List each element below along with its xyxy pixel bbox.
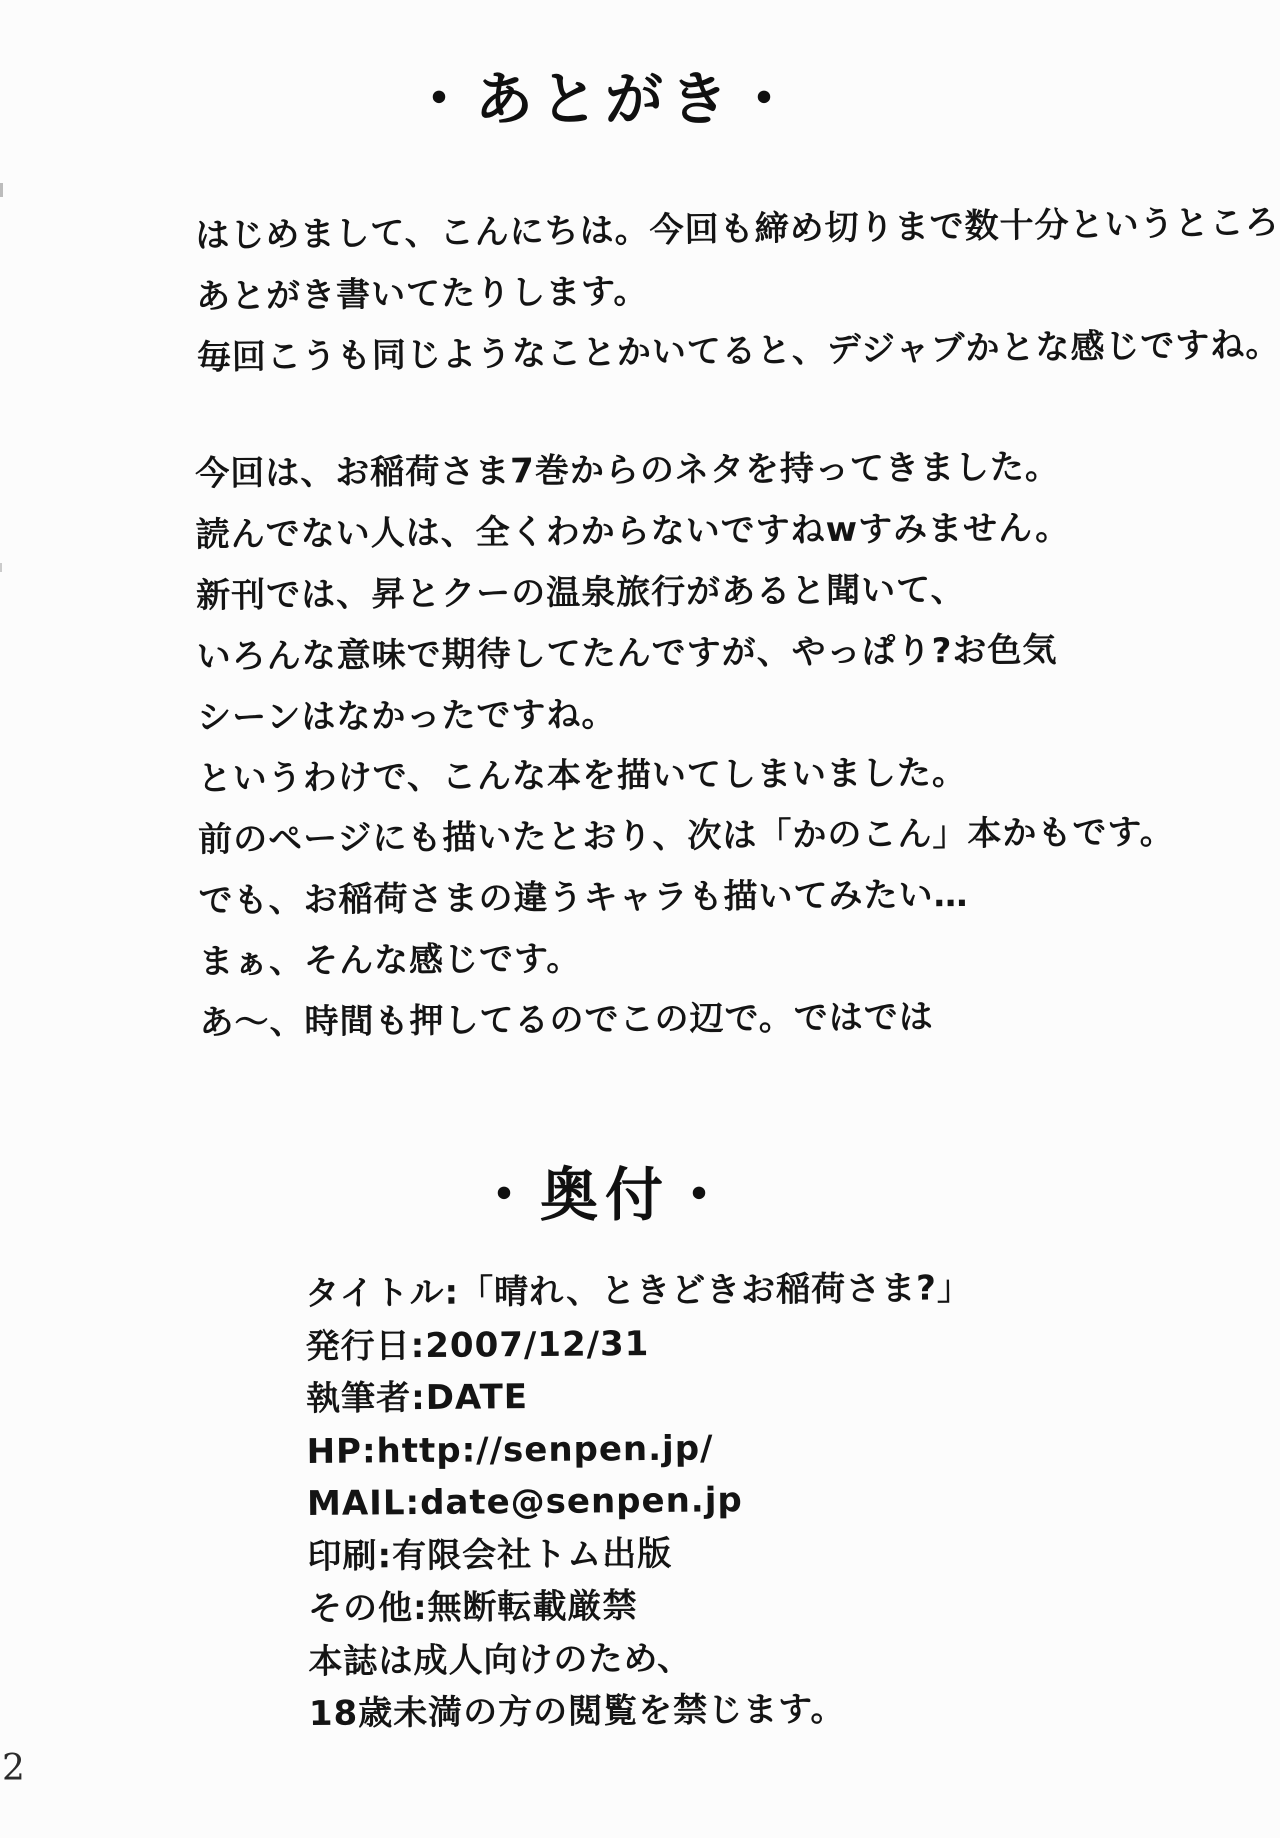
afterword-line: というわけで、こんな本を描いてしまいました。: [197, 741, 1217, 810]
afterword-line: 読んでない人は、全くわからないですねwすみません。: [195, 497, 1215, 566]
colophon-line-pub-date: 発行日:2007/12/31: [305, 1314, 1025, 1373]
afterword-line: はじめまして、こんにちは。今回も締め切りまで数十分というところで、: [195, 194, 1216, 267]
afterword-line: まぁ、そんな感じです。: [199, 924, 1219, 993]
afterword-line: 毎回こうも同じようなことかいてると、デジャブかとな感じですね。: [196, 316, 1217, 389]
afterword-paragraph-2: 今回は、お稲荷さま7巻からのネタを持ってきました。 読んでない人は、全くわからな…: [195, 436, 1220, 1054]
page-number: 2: [2, 1748, 25, 1789]
scan-artifact: [0, 563, 2, 572]
afterword-line: 新刊では、昇とクーの温泉旅行があると聞いて、: [196, 558, 1216, 627]
afterword-line: いろんな意味で期待してたんですが、やっぱり?お色気: [196, 619, 1216, 688]
scan-artifact: [0, 183, 3, 197]
colophon-block: タイトル:「晴れ、ときどきお稲荷さま?」 発行日:2007/12/31 執筆者:…: [305, 1262, 1029, 1741]
colophon-line-adult-1: 本誌は成人向けのため、: [308, 1629, 1028, 1688]
afterword-title: ・あとがき・: [0, 52, 1210, 136]
colophon-line-notice: その他:無断転載厳禁: [308, 1577, 1028, 1636]
colophon-line-printer: 印刷:有限会社トム出版: [307, 1524, 1027, 1583]
afterword-paragraph-1: はじめまして、こんにちは。今回も締め切りまで数十分というところで、 あとがき書い…: [195, 194, 1217, 389]
colophon-line-mail: MAIL:date@senpen.jp: [307, 1472, 1027, 1531]
afterword-line: シーンはなかったですね。: [197, 680, 1217, 749]
afterword-line: 前のページにも描いたとおり、次は「かのこん」本かもです。: [198, 802, 1218, 871]
colophon-line-adult-2: 18歳未満の方の閲覧を禁じます。: [309, 1682, 1029, 1741]
colophon-line-author: 執筆者:DATE: [306, 1367, 1026, 1426]
afterword-line: あ〜、時間も押してるのでこの辺で。ではでは: [199, 985, 1219, 1054]
colophon-line-title: タイトル:「晴れ、ときどきお稲荷さま?」: [305, 1262, 1025, 1321]
colophon-line-homepage: HP:http://senpen.jp/: [306, 1419, 1026, 1478]
afterword-line: 今回は、お稲荷さま7巻からのネタを持ってきました。: [195, 436, 1215, 505]
scanned-doujinshi-page: ・あとがき・ はじめまして、こんにちは。今回も締め切りまで数十分というところで、…: [0, 0, 1280, 1838]
colophon-title: ・奥付・: [0, 1148, 1210, 1232]
afterword-line: でも、お稲荷さまの違うキャラも描いてみたい…: [198, 863, 1218, 932]
